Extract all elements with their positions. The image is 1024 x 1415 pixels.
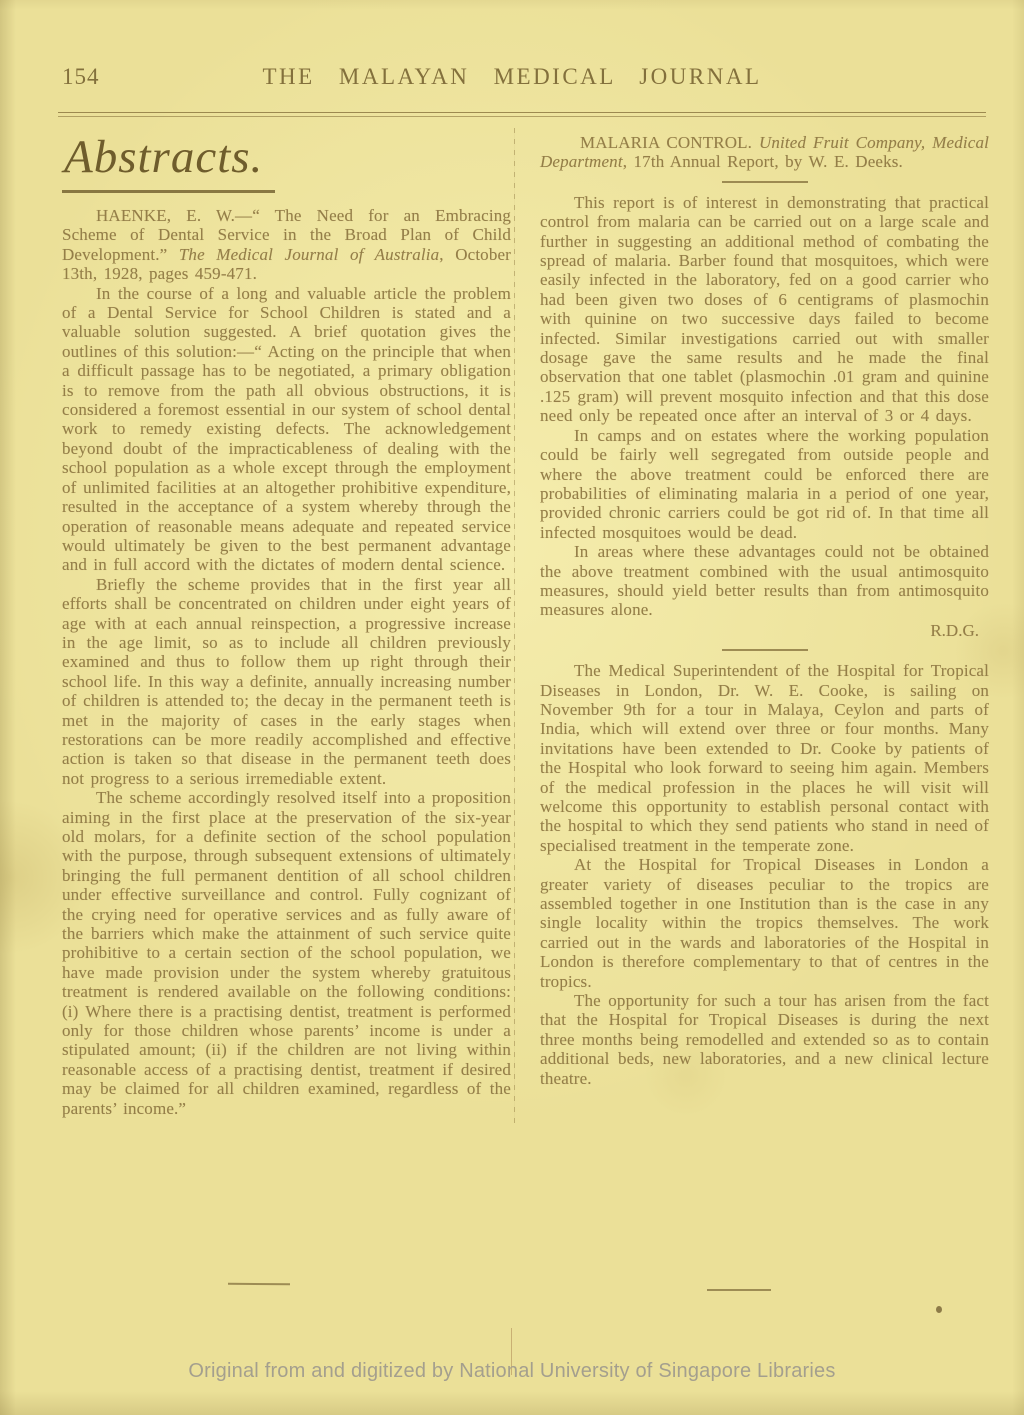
abstract-citation: HAENKE, E. W.—“ The Need for an Embracin…	[62, 206, 511, 284]
paragraph: At the Hospital for Tropical Diseases in…	[540, 855, 989, 991]
author-initials: R.D.G.	[540, 621, 989, 640]
paragraph: In camps and on estates where the workin…	[540, 426, 989, 542]
journal-page-scan: 154 THE MALAYAN MEDICAL JOURNAL Abstract…	[0, 0, 1024, 1415]
scan-mark-rule-left	[228, 1283, 290, 1286]
citation-text: MALARIA CONTROL.	[580, 133, 759, 152]
paragraph: In the course of a long and valuable art…	[62, 284, 511, 575]
header-double-rule	[58, 112, 986, 117]
paragraph: In areas where these advantages could no…	[540, 542, 989, 620]
paragraph: The scheme accordingly resolved itself i…	[62, 788, 511, 1118]
paragraph: The Medical Superintendent of the Hospit…	[540, 661, 989, 855]
footer-credit: Original from and digitized by National …	[0, 1360, 1024, 1383]
right-column: MALARIA CONTROL. United Fruit Company, M…	[540, 133, 989, 1088]
scan-mark-dot	[936, 1306, 942, 1313]
section-title-abstracts: Abstracts.	[62, 134, 275, 193]
journal-title: THE MALAYAN MEDICAL JOURNAL	[0, 64, 1024, 90]
paragraph: This report is of interest in demonstrat…	[540, 193, 989, 426]
left-column: Abstracts. HAENKE, E. W.—“ The Need for …	[62, 134, 511, 1118]
paragraph: The opportunity for such a tour has aris…	[540, 991, 989, 1088]
scan-mark-rule-right	[707, 1289, 771, 1291]
abstract-citation: MALARIA CONTROL. United Fruit Company, M…	[540, 133, 989, 172]
citation-journal-name: The Medical Journal of Australia	[179, 245, 439, 264]
paragraph: Briefly the scheme provides that in the …	[62, 575, 511, 788]
citation-text: , 17th Annual Report, by W. E. Deeks.	[623, 152, 903, 171]
section-divider-rule	[722, 649, 808, 651]
section-divider-rule	[722, 181, 808, 183]
column-divider-line	[514, 128, 515, 1123]
